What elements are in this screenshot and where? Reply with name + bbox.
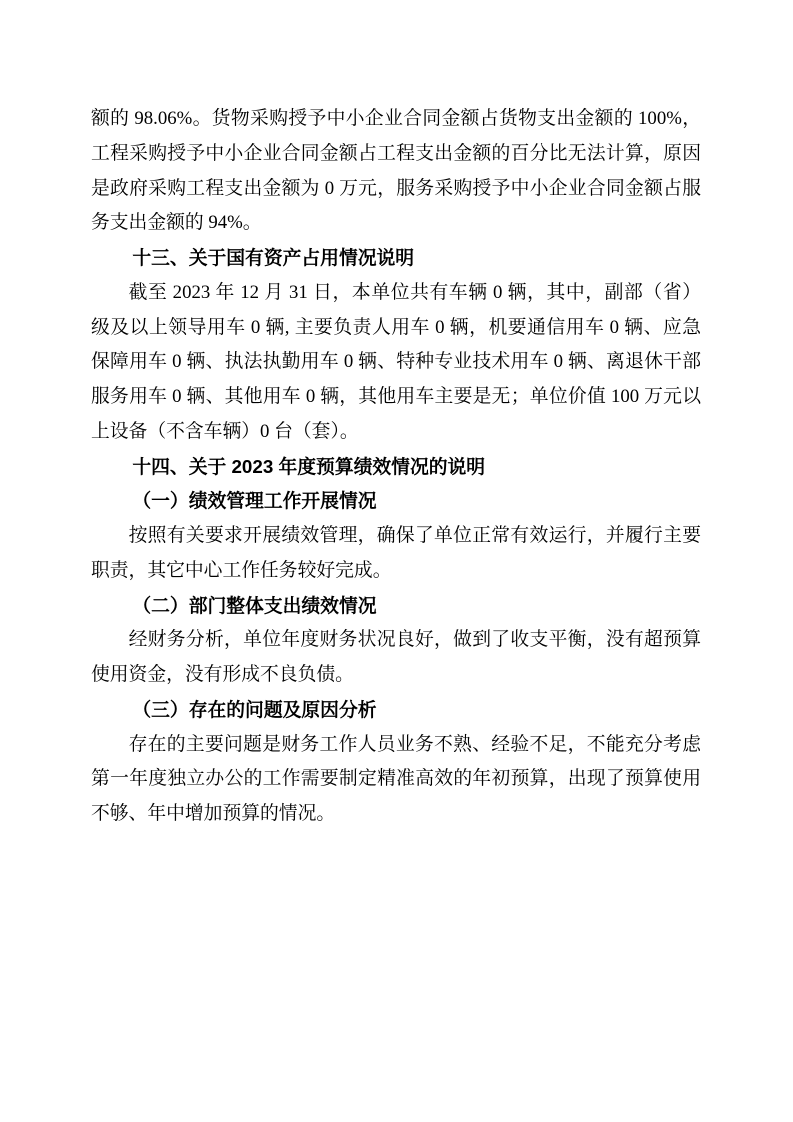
text-line: 按照有关要求开展绩效管理，确保了单位正常有效运行，并履行主要 [91,519,701,554]
text-line: 上设备（不含车辆）0 台（套）。 [91,415,701,450]
text-line: 截至 2023 年 12 月 31 日，本单位共有车辆 0 辆，其中，副部（省） [91,276,701,311]
section-heading: （二）部门整体支出绩效情况 [91,589,701,624]
text-line: 服务用车 0 辆、其他用车 0 辆，其他用车主要是无；单位价值 100 万元以 [91,380,701,415]
text-line: （一）绩效管理工作开展情况 [91,484,701,519]
text-line: 第一年度独立办公的工作需要制定精准高效的年初预算，出现了预算使用 [91,762,701,797]
section-heading: （三）存在的问题及原因分析 [91,693,701,728]
text-line: 使用资金，没有形成不良负债。 [91,658,701,693]
text-line: （三）存在的问题及原因分析 [91,693,701,728]
text-line: 是政府采购工程支出金额为 0 万元，服务采购授予中小企业合同金额占服 [91,172,701,207]
section-heading: 十三、关于国有资产占用情况说明 [91,241,701,276]
paragraph: 截至 2023 年 12 月 31 日，本单位共有车辆 0 辆，其中，副部（省）… [91,276,701,450]
section-heading: （一）绩效管理工作开展情况 [91,484,701,519]
paragraph: 额的 98.06%。货物采购授予中小企业合同金额占货物支出金额的 100%，工程… [91,102,701,241]
document-page: 额的 98.06%。货物采购授予中小企业合同金额占货物支出金额的 100%，工程… [0,0,793,1122]
text-line: 十四、关于 2023 年度预算绩效情况的说明 [91,450,701,485]
text-line: 级及以上领导用车 0 辆, 主要负责人用车 0 辆，机要通信用车 0 辆、应急 [91,311,701,346]
text-line: （二）部门整体支出绩效情况 [91,589,701,624]
text-line: 额的 98.06%。货物采购授予中小企业合同金额占货物支出金额的 100%， [91,102,701,137]
text-line: 不够、年中增加预算的情况。 [91,797,701,832]
text-line: 工程采购授予中小企业合同金额占工程支出金额的百分比无法计算，原因 [91,137,701,172]
paragraph: 按照有关要求开展绩效管理，确保了单位正常有效运行，并履行主要职责，其它中心工作任… [91,519,701,589]
text-line: 经财务分析，单位年度财务状况良好，做到了收支平衡，没有超预算 [91,623,701,658]
text-line: 务支出金额的 94%。 [91,206,701,241]
text-line: 存在的主要问题是财务工作人员业务不熟、经验不足，不能充分考虑 [91,728,701,763]
text-line: 职责，其它中心工作任务较好完成。 [91,554,701,589]
text-line: 十三、关于国有资产占用情况说明 [91,241,701,276]
paragraph: 存在的主要问题是财务工作人员业务不熟、经验不足，不能充分考虑第一年度独立办公的工… [91,728,701,832]
text-line: 保障用车 0 辆、执法执勤用车 0 辆、特种专业技术用车 0 辆、离退休干部 [91,345,701,380]
paragraph: 经财务分析，单位年度财务状况良好，做到了收支平衡，没有超预算使用资金，没有形成不… [91,623,701,693]
section-heading: 十四、关于 2023 年度预算绩效情况的说明 [91,450,701,485]
